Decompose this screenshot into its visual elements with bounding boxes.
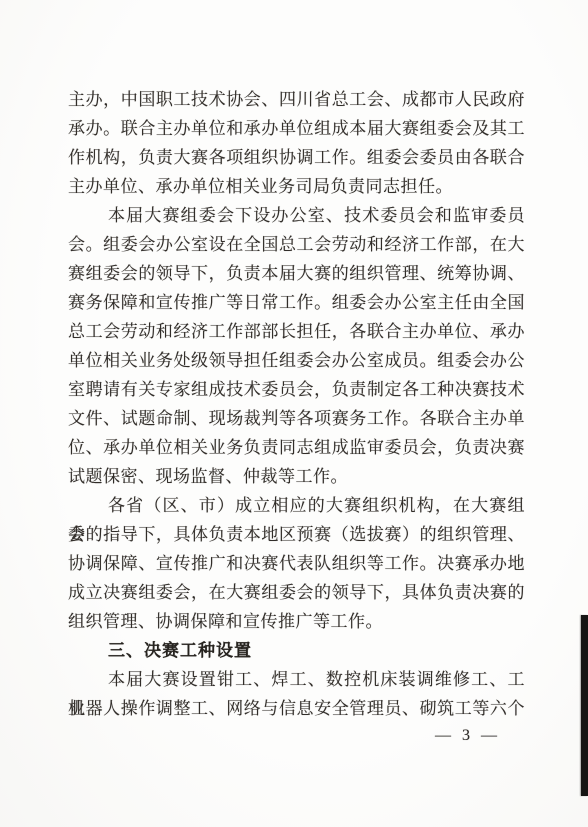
text-line: 主办，中国职工技术协会、四川省总工会、成都市人民政府 <box>68 85 525 114</box>
text-line: 各省（区、市）成立相应的大赛组织机构，在大赛组委 <box>68 491 525 520</box>
document-body: 主办，中国职工技术协会、四川省总工会、成都市人民政府承办。联合主办单位和承办单位… <box>68 85 525 723</box>
text-line: 作机构，负责大赛各项组织协调工作。组委会委员由各联合 <box>68 143 525 172</box>
section-heading: 三、决赛工种设置 <box>68 636 525 665</box>
text-line: 主办单位、承办单位相关业务司局负责同志担任。 <box>68 172 525 201</box>
text-line: 会。组委会办公室设在全国总工会劳动和经济工作部，在大 <box>68 230 525 259</box>
text-line: 总工会劳动和经济工作部部长担任，各联合主办单位、承办 <box>68 317 525 346</box>
scan-edge-artifact <box>581 615 588 796</box>
page-number: — 3 — <box>435 727 498 745</box>
text-line: 会的指导下，具体负责本地区预赛（选拔赛）的组织管理、 <box>68 520 525 549</box>
text-line: 机器人操作调整工、网络与信息安全管理员、砌筑工等六个 <box>68 694 525 723</box>
text-line: 协调保障、宣传推广和决赛代表队组织等工作。决赛承办地 <box>68 549 525 578</box>
text-line: 承办。联合主办单位和承办单位组成本届大赛组委会及其工 <box>68 114 525 143</box>
document-page: 主办，中国职工技术协会、四川省总工会、成都市人民政府承办。联合主办单位和承办单位… <box>0 0 588 827</box>
text-line: 本届大赛设置钳工、焊工、数控机床装调维修工、工业 <box>68 665 525 694</box>
text-line: 单位相关业务处级领导担任组委会办公室成员。组委会办公 <box>68 346 525 375</box>
text-line: 室聘请有关专家组成技术委员会，负责制定各工种决赛技术 <box>68 375 525 404</box>
text-line: 赛组委会的领导下，负责本届大赛的组织管理、统筹协调、 <box>68 259 525 288</box>
text-line: 本届大赛组委会下设办公室、技术委员会和监审委员 <box>68 201 525 230</box>
text-line: 文件、试题命制、现场裁判等各项赛务工作。各联合主办单 <box>68 404 525 433</box>
text-line: 成立决赛组委会，在大赛组委会的领导下，具体负责决赛的 <box>68 578 525 607</box>
text-line: 赛务保障和宣传推广等日常工作。组委会办公室主任由全国 <box>68 288 525 317</box>
text-line: 组织管理、协调保障和宣传推广等工作。 <box>68 607 525 636</box>
text-line: 位、承办单位相关业务负责同志组成监审委员会，负责决赛 <box>68 433 525 462</box>
text-line: 试题保密、现场监督、仲裁等工作。 <box>68 462 525 491</box>
